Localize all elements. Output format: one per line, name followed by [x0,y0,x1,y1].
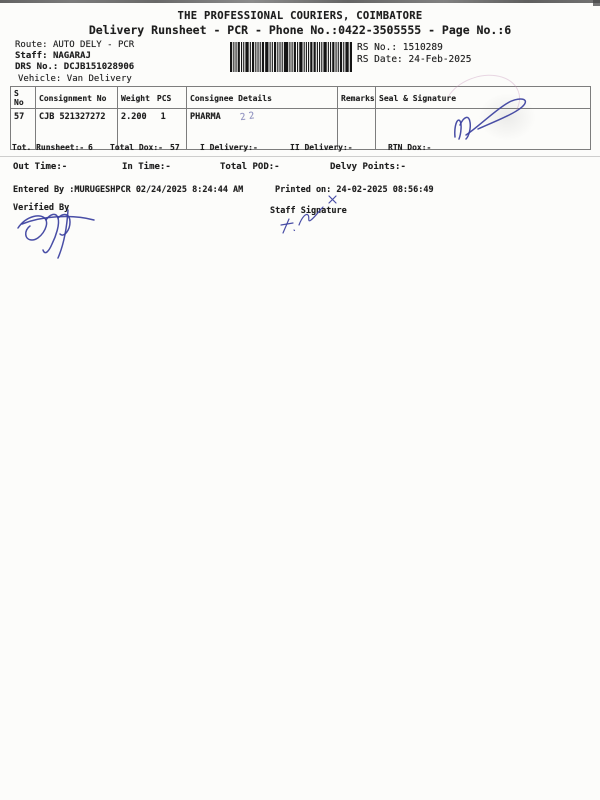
total-pod-label: Total POD:- [220,162,280,172]
handwritten-pen-mark: 22 [239,110,258,123]
vehicle-value: Van Delivery [67,74,132,84]
staff-label: Staff: [15,51,48,61]
drs-label: DRS No.: [15,62,58,72]
drs-value: DCJB151028906 [64,62,134,72]
col-weight: Weight [121,94,150,103]
col-consignment-no: Consignment No [36,87,118,109]
col-s-no: S No [11,87,36,109]
col-consignee-details: Consignee Details [187,87,338,109]
route-label: Route: [15,40,48,50]
staff-signature-ink [275,193,345,241]
verified-by-signature-ink [12,206,102,261]
ii-delivery-label: II Delivery:- [290,143,353,152]
vehicle-line: Vehicle: Van Delivery [18,74,132,84]
barcode-icon [230,42,352,72]
consignee-name: PHARMA [190,112,221,122]
scan-noise-top [0,0,600,3]
entered-by-line: Entered By :MURUGESHPCR 02/24/2025 8:24:… [13,185,243,195]
delivery-runsheet-document: THE PROFESSIONAL COURIERS, COIMBATORE De… [0,0,600,800]
runsheet-title: Delivery Runsheet - PCR - Phone No.:0422… [0,23,600,37]
staff-line: Staff: NAGARAJ [15,51,91,61]
company-title: THE PROFESSIONAL COURIERS, COIMBATORE [0,10,600,22]
col-weight-pcs: Weight PCS [118,87,187,109]
rs-no-line: RS No.: 1510289 [357,42,443,53]
col-remarks: Remarks [338,87,376,109]
rs-date-label: RS Date: [357,54,403,65]
col-pcs: PCS [157,94,171,103]
staff-value: NAGARAJ [53,51,91,61]
route-line: Route: AUTO DELY - PCR [15,40,134,50]
vehicle-label: Vehicle: [18,74,61,84]
total-runsheet-label: Tot. Runsheet:- [12,143,84,152]
delvy-points-label: Delvy Points:- [330,162,406,172]
seal-signature-ink [448,95,543,145]
rs-date-line: RS Date: 24-Feb-2025 [357,54,471,65]
rtn-dox-label: RTN Dox:- [388,143,431,152]
rs-no-value: 1510289 [403,42,443,53]
total-dox-value: 57 [170,143,180,152]
divider-line [0,156,600,157]
out-time-label: Out Time:- [13,162,67,172]
total-runsheet-value: 6 [88,143,93,152]
i-delivery-label: I Delivery:- [200,143,258,152]
total-dox-label: Total Dox:- [110,143,163,152]
rs-no-label: RS No.: [357,42,397,53]
drs-line: DRS No.: DCJB151028906 [15,62,134,72]
cell-pcs: 1 [161,112,166,122]
cell-weight: 2.200 [121,112,147,122]
scan-noise-corner [593,0,600,6]
route-value: AUTO DELY - PCR [53,40,134,50]
rs-date-value: 24-Feb-2025 [409,54,472,65]
in-time-label: In Time:- [122,162,171,172]
